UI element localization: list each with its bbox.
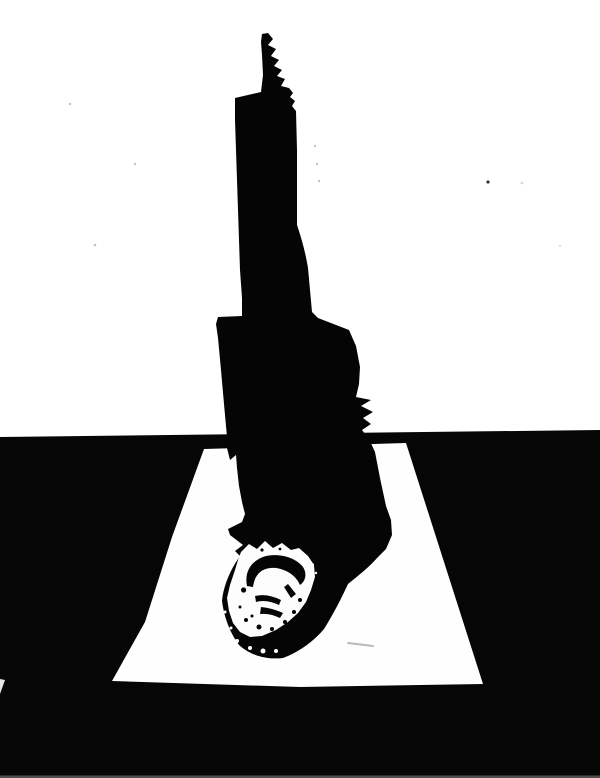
shoe-speckle-dark [239, 606, 242, 609]
shoe-speckle-light [248, 646, 252, 650]
noise-speck [134, 163, 136, 165]
shoe-speckle-light [307, 581, 310, 584]
shoe-speckle-dark [298, 598, 302, 602]
noise-speck [318, 180, 320, 182]
noise-speck [314, 145, 316, 147]
shoe-speckle-light [230, 627, 233, 630]
noise-speck [94, 244, 97, 247]
shoe-speckle-light [274, 649, 278, 653]
binarized-photo [0, 0, 600, 778]
shoe-speckle-dark [292, 610, 296, 614]
shoe-speckle-light [235, 639, 239, 643]
binarized-photo-stage [0, 0, 600, 778]
shoe-speckle-dark [257, 625, 262, 630]
noise-speck [559, 245, 561, 247]
noise-speck [316, 163, 318, 165]
noise-speck [521, 182, 524, 185]
shoe-speckle-dark [244, 618, 248, 622]
shoe-speckle-light [315, 572, 317, 574]
shoe-speckle-light [261, 649, 266, 654]
noise-speck [486, 180, 489, 183]
shoe-speckle-dark [251, 615, 254, 618]
shoe-speckle-dark [260, 548, 263, 551]
shoe-speckle-light [224, 611, 227, 614]
shoe-speckle-dark [270, 627, 274, 631]
shoe-speckle-light [310, 563, 314, 567]
shoe-speckle-dark [283, 620, 287, 624]
noise-speck [69, 103, 71, 105]
shoe-speckle-dark [279, 548, 282, 551]
shoe-strap-mark [241, 587, 246, 592]
